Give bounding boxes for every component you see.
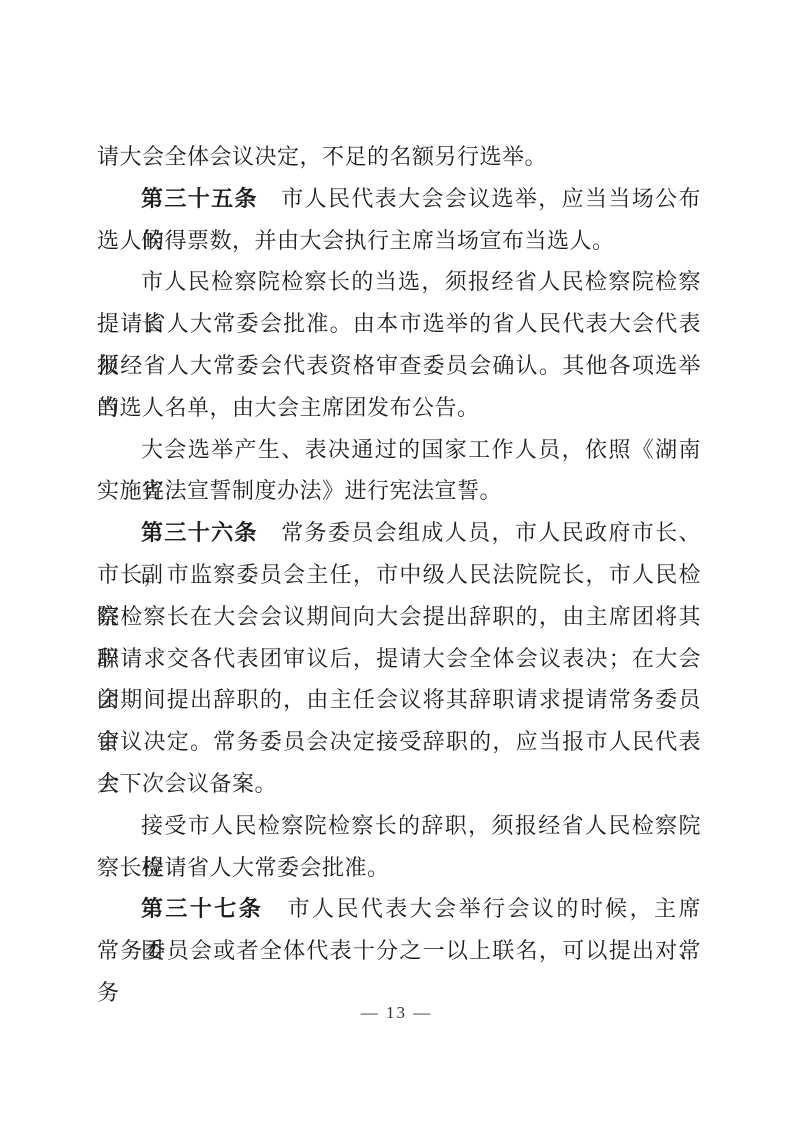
text-run: 察长提请省人大常委会批准。: [97, 855, 390, 880]
document-body: 请大会全体会议决定，不足的名额另行选举。第三十五条 市人民代表大会会议选举，应当…: [97, 136, 701, 972]
text-line: 会期间提出辞职的，由主任会议将其辞职请求提请常务委员会: [97, 679, 701, 721]
text-run: 选人的得票数，并由大会执行主席当场宣布当选人。: [97, 228, 615, 253]
text-run: 请大会全体会议决定，不足的名额另行选举。: [97, 144, 547, 169]
text-line: 报经省人大常委会代表资格审查委员会确认。其他各项选举的: [97, 345, 701, 387]
text-line: 提请省人大常委会批准。由本市选举的省人民代表大会代表须: [97, 303, 701, 345]
text-line: 会下次会议备案。: [97, 763, 701, 805]
text-line: 当选人名单，由大会主席团发布公告。: [97, 387, 701, 429]
article-number: 第三十五条: [141, 186, 258, 211]
text-line: 常务委员会或者全体代表十分之一以上联名，可以提出对常务: [97, 930, 701, 972]
text-line: 察长提请省人大常委会批准。: [97, 847, 701, 889]
text-line: 第三十六条 常务委员会组成人员，市人民政府市长、副: [97, 512, 701, 554]
text-line: 审议决定。常务委员会决定接受辞职的，应当报市人民代表大: [97, 721, 701, 763]
text-line: 职请求交各代表团审议后，提请大会全体会议表决；在大会闭: [97, 638, 701, 680]
article-number: 第三十六条: [141, 520, 258, 545]
text-line: 第三十五条 市人民代表大会会议选举，应当当场公布候: [97, 178, 701, 220]
text-line: 市长，市监察委员会主任，市中级人民法院院长，市人民检察: [97, 554, 701, 596]
text-line: 院检察长在大会会议期间向大会提出辞职的，由主席团将其辞: [97, 596, 701, 638]
text-line: 实施宪法宣誓制度办法》进行宪法宣誓。: [97, 470, 701, 512]
page-number: — 13 —: [0, 1003, 793, 1023]
text-line: 第三十七条 市人民代表大会举行会议的时候，主席团、: [97, 888, 701, 930]
text-run: 实施宪法宣誓制度办法》进行宪法宣誓。: [97, 478, 502, 503]
text-line: 选人的得票数，并由大会执行主席当场宣布当选人。: [97, 220, 701, 262]
text-run: 当选人名单，由大会主席团发布公告。: [97, 395, 480, 420]
text-line: 请大会全体会议决定，不足的名额另行选举。: [97, 136, 701, 178]
document-page: 请大会全体会议决定，不足的名额另行选举。第三十五条 市人民代表大会会议选举，应当…: [0, 0, 793, 1122]
text-run: 常务委员会或者全体代表十分之一以上联名，可以提出对常务: [97, 938, 701, 1005]
text-line: 大会选举产生、表决通过的国家工作人员，依照《湖南省: [97, 429, 701, 471]
article-number: 第三十七条: [141, 896, 263, 921]
text-line: 市人民检察院检察长的当选，须报经省人民检察院检察长: [97, 261, 701, 303]
text-run: 会下次会议备案。: [97, 771, 277, 796]
text-line: 接受市人民检察院检察长的辞职，须报经省人民检察院检: [97, 805, 701, 847]
